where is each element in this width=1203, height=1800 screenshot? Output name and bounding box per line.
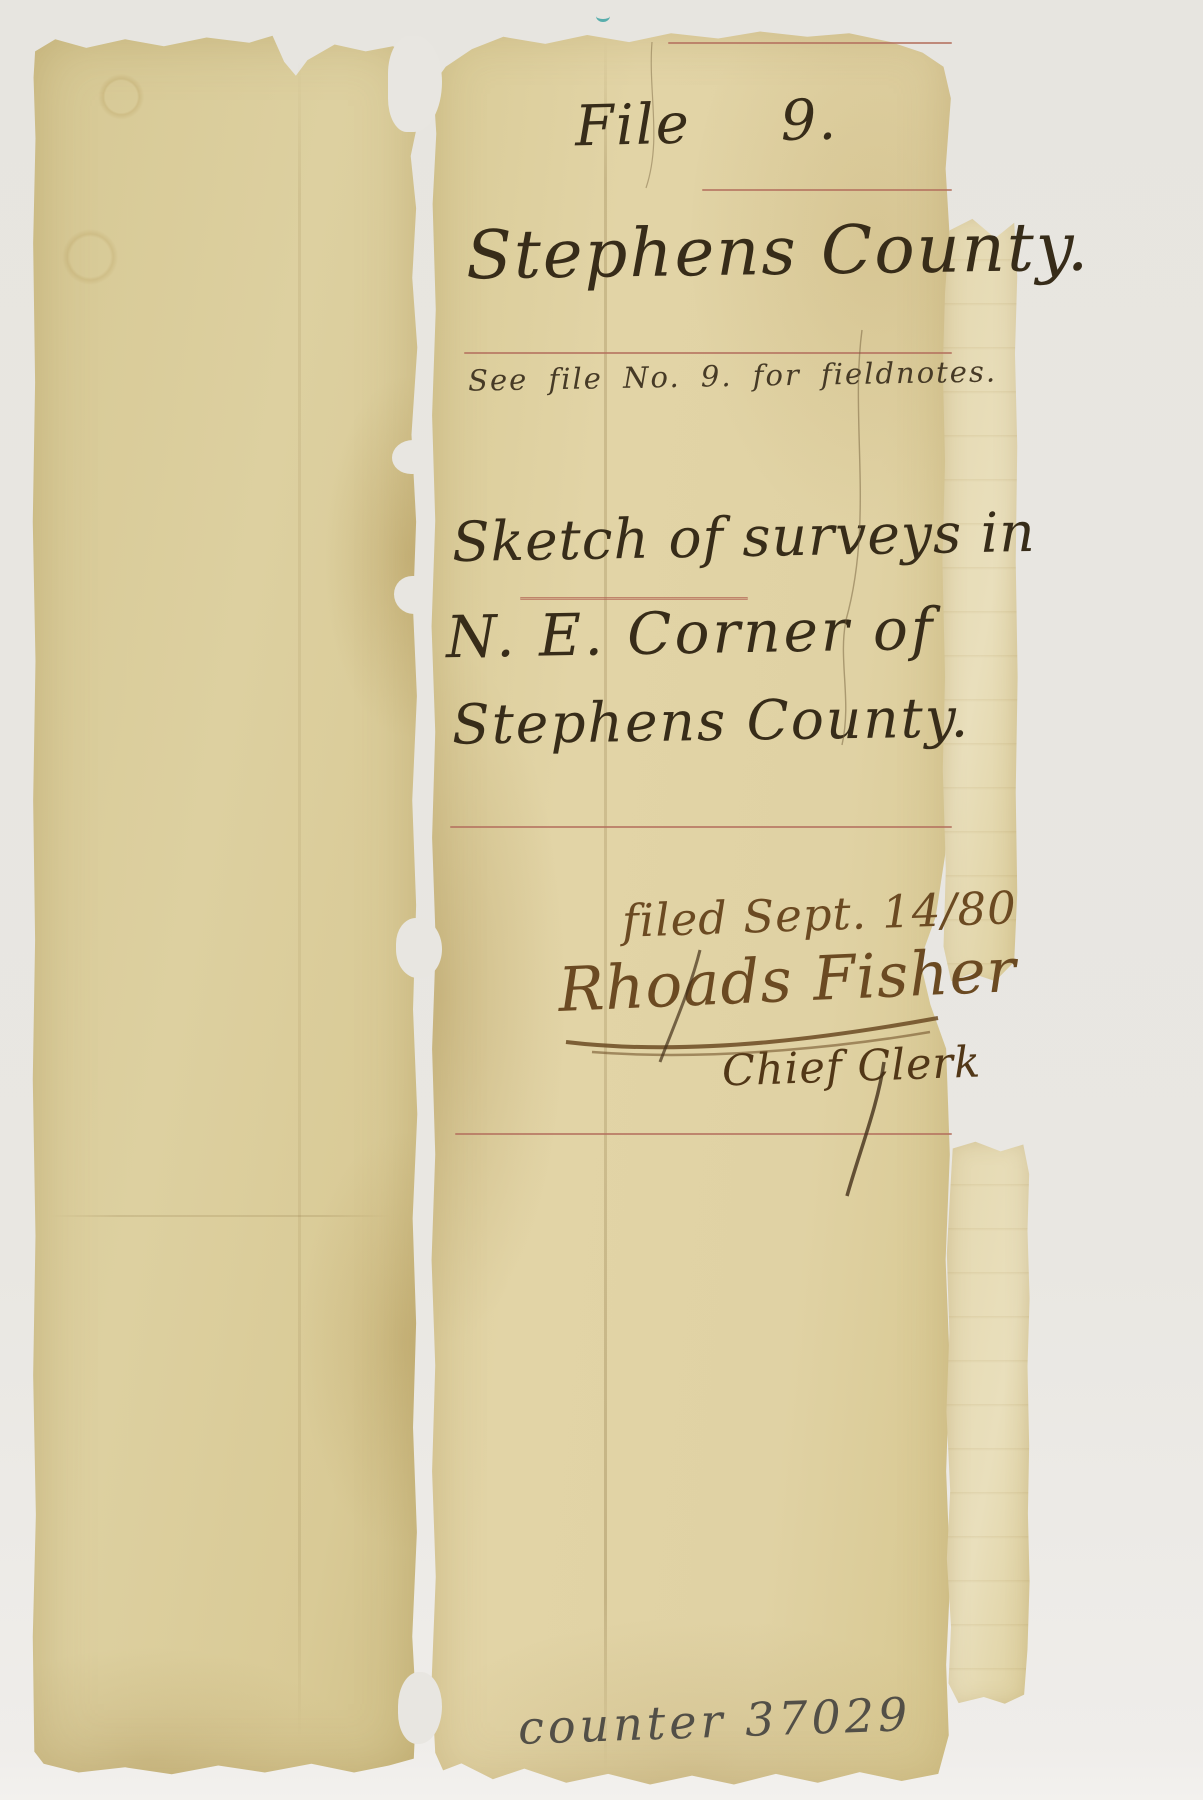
body-line-3: Stephens County. — [452, 690, 971, 752]
scanned-document: File 9. Stephens County. See file No. 9.… — [0, 0, 1203, 1800]
ruled-line — [464, 352, 952, 354]
file-number: File 9. — [574, 93, 838, 156]
paper-hole — [392, 440, 432, 474]
paper-hole — [388, 36, 442, 132]
left-paper-crease — [298, 60, 301, 1740]
left-paper-fold-line — [50, 1215, 390, 1217]
counter-number: counter 37029 — [517, 1691, 912, 1751]
body-line-1: Sketch of surveys in — [452, 505, 1037, 570]
paper-fragment-lower — [946, 1140, 1030, 1706]
ruled-line — [450, 826, 952, 828]
ruled-line — [668, 42, 952, 44]
paper-hole — [394, 576, 432, 614]
filed-date: filed Sept. 14/80 — [621, 885, 1017, 944]
stray-ink-mark — [596, 10, 610, 22]
paper-fragment-upper — [942, 215, 1018, 985]
ruled-line — [455, 1133, 952, 1135]
county-heading: Stephens County. — [466, 214, 1091, 290]
paper-hole — [396, 918, 442, 978]
left-paper-leaf — [32, 34, 420, 1776]
document-paper-crease — [604, 40, 607, 1770]
ruled-line — [702, 189, 952, 191]
clerk-title: Chief Clerk — [721, 1041, 981, 1093]
clerk-signature: Rhoads Fisher — [557, 940, 1018, 1021]
body-line-2: N. E. Corner of — [446, 600, 936, 667]
